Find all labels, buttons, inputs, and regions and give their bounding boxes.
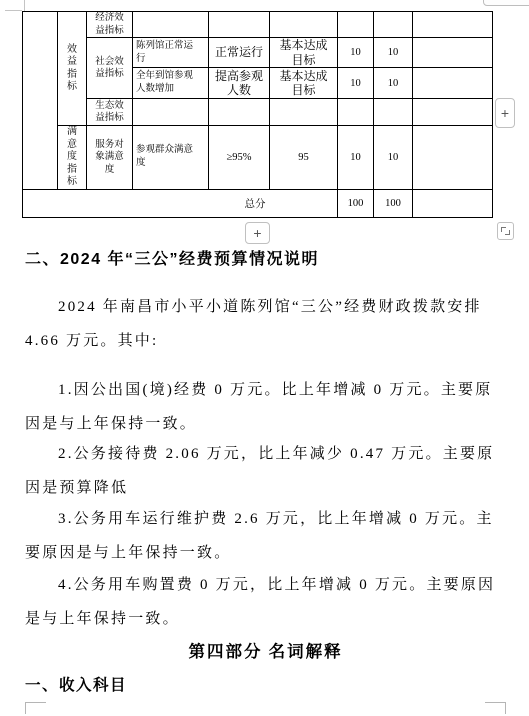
- table-cell-empty[interactable]: [413, 99, 493, 126]
- table-cell-score[interactable]: 10: [374, 38, 413, 68]
- table-cell-economic-label[interactable]: 经济效 益指标: [87, 12, 133, 38]
- plus-icon: +: [501, 106, 509, 120]
- table-cell-indicator-result[interactable]: 95: [270, 126, 338, 190]
- table-cell-indicator-result[interactable]: 基本达成 目标: [270, 38, 338, 68]
- paragraph-item3[interactable]: 3.公务用车运行维护费 2.6 万元，比上年增减 0 万元。主 要原因是与上年保…: [25, 503, 506, 570]
- performance-indicator-table: 效 益 指 标 经济效 益指标 社会效 益指标 陈列馆正常运 行 正常运行 基本…: [22, 11, 493, 218]
- resize-corner-icon: [505, 230, 510, 235]
- paragraph-item4[interactable]: 4.公务用车购置费 0 万元，比上年增减 0 万元。主要原因 是与上年保持一致。: [25, 569, 506, 636]
- plus-icon: +: [253, 226, 261, 240]
- page-boundary-mark-bottom-left: [25, 702, 46, 714]
- table-cell-eco-label[interactable]: 生态效 益指标: [87, 99, 133, 126]
- table-cell-score[interactable]: 10: [338, 38, 374, 68]
- part4-heading[interactable]: 第四部分 名词解释: [25, 641, 506, 662]
- table-cell-empty[interactable]: [133, 12, 209, 38]
- add-row-button[interactable]: +: [245, 222, 270, 244]
- table-toolbar-chip-cutoff[interactable]: [483, 0, 529, 6]
- table-cell-score[interactable]: 10: [338, 126, 374, 190]
- table-cell-indicator-name[interactable]: 陈列馆正常运 行: [133, 38, 209, 68]
- table-cell-empty[interactable]: [209, 99, 270, 126]
- page-boundary-mark-bottom-right: [485, 702, 506, 714]
- table-cell-indicator-target[interactable]: ≥95%: [209, 126, 270, 190]
- paragraph-item2[interactable]: 2.公务接待费 2.06 万元，比上年减少 0.47 万元。主要原 因是预算降低: [25, 438, 506, 505]
- table-resize-button[interactable]: [497, 222, 514, 240]
- table-cell-empty[interactable]: [413, 38, 493, 68]
- table-cell-indicator-target[interactable]: 正常运行: [209, 38, 270, 68]
- table-cell-satisfaction-group[interactable]: 满 意 度 指 标: [58, 126, 87, 190]
- table-cell-total-score[interactable]: 100: [338, 189, 374, 217]
- add-column-button[interactable]: +: [495, 98, 515, 128]
- paragraph-item1[interactable]: 1.因公出国(境)经费 0 万元。比上年增减 0 万元。主要原 因是与上年保持一…: [25, 374, 506, 441]
- paragraph-intro[interactable]: 2024 年南昌市小平小道陈列馆“三公”经费财政拨款安排 4.66 万元。其中:: [25, 291, 506, 358]
- table-cell-indicator-name[interactable]: 全年到馆参观 人数增加: [133, 68, 209, 99]
- table-cell-benefit-group[interactable]: 效 益 指 标: [58, 12, 87, 126]
- table-cell-empty[interactable]: [133, 99, 209, 126]
- table-cell-score[interactable]: 10: [338, 68, 374, 99]
- table-cell-indicator-target[interactable]: 提高参观 人数: [209, 68, 270, 99]
- table-cell-empty[interactable]: [374, 12, 413, 38]
- table-cell-score[interactable]: 10: [374, 68, 413, 99]
- table-cell-empty[interactable]: [413, 189, 493, 217]
- page-boundary-mark-top-vertical: [24, 0, 25, 11]
- table-cell-left-span[interactable]: [23, 12, 58, 190]
- table-cell-indicator-name[interactable]: 参观群众满意 度: [133, 126, 209, 190]
- table-cell-service-label[interactable]: 服务对 象满意 度: [87, 126, 133, 190]
- table-cell-empty[interactable]: [338, 12, 374, 38]
- table-cell-indicator-result[interactable]: 基本达成 目标: [270, 68, 338, 99]
- table-cell-empty[interactable]: [413, 68, 493, 99]
- page-boundary-mark-top-horizontal: [5, 10, 22, 11]
- table-cell-empty[interactable]: [209, 12, 270, 38]
- table-cell-empty[interactable]: [413, 126, 493, 190]
- table-cell-social-label[interactable]: 社会效 益指标: [87, 38, 133, 99]
- table-cell-empty[interactable]: [270, 99, 338, 126]
- table-cell-total-score[interactable]: 100: [374, 189, 413, 217]
- table-cell-empty[interactable]: [413, 12, 493, 38]
- table-cell-total-label[interactable]: 总分: [23, 189, 338, 217]
- income-section-heading[interactable]: 一、收入科目: [25, 676, 506, 696]
- table-cell-empty[interactable]: [374, 99, 413, 126]
- section-heading-sangong[interactable]: 二、2024 年“三公”经费预算情况说明: [25, 250, 506, 270]
- table-cell-empty[interactable]: [338, 99, 374, 126]
- table-cell-score[interactable]: 10: [374, 126, 413, 190]
- table-cell-empty[interactable]: [270, 12, 338, 38]
